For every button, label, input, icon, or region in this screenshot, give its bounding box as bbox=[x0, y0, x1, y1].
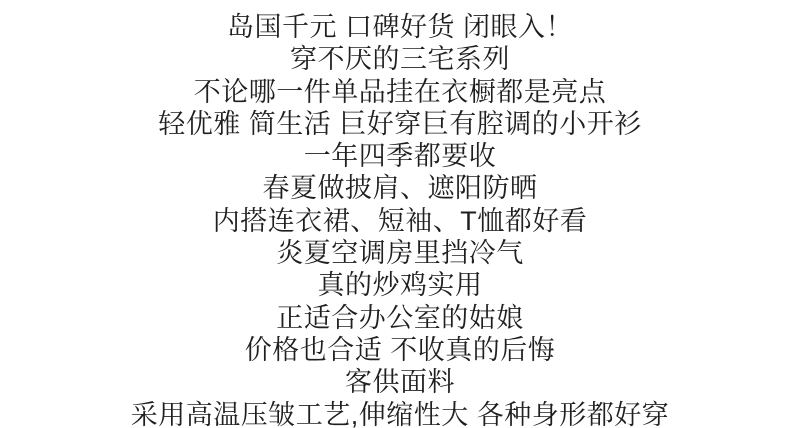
text-line: 价格也合适 不收真的后悔 bbox=[0, 334, 800, 366]
text-line-series: 穿不厌的三宅系列 bbox=[0, 43, 800, 75]
text-line: 客供面料 bbox=[0, 366, 800, 398]
text-line: 一年四季都要收 bbox=[0, 140, 800, 172]
text-line: 春夏做披肩、遮阳防晒 bbox=[0, 172, 800, 204]
product-description-text-block: 岛国千元 口碑好货 闭眼入！ 穿不厌的三宅系列 不论哪一件单品挂在衣橱都是亮点 … bbox=[0, 0, 800, 428]
text-line: 轻优雅 简生活 巨好穿巨有腔调的小开衫 bbox=[0, 108, 800, 140]
text-line: 正适合办公室的姑娘 bbox=[0, 302, 800, 334]
text-line-clipped: 采用高温压皱工艺,伸缩性大 各种身形都好穿 bbox=[0, 399, 800, 428]
text-line: 不论哪一件单品挂在衣橱都是亮点 bbox=[0, 76, 800, 108]
text-line: 炎夏空调房里挡冷气 bbox=[0, 237, 800, 269]
text-line: 真的炒鸡实用 bbox=[0, 269, 800, 301]
text-line-headline: 岛国千元 口碑好货 闭眼入！ bbox=[0, 11, 800, 43]
text-line: 内搭连衣裙、短袖、T恤都好看 bbox=[0, 205, 800, 237]
